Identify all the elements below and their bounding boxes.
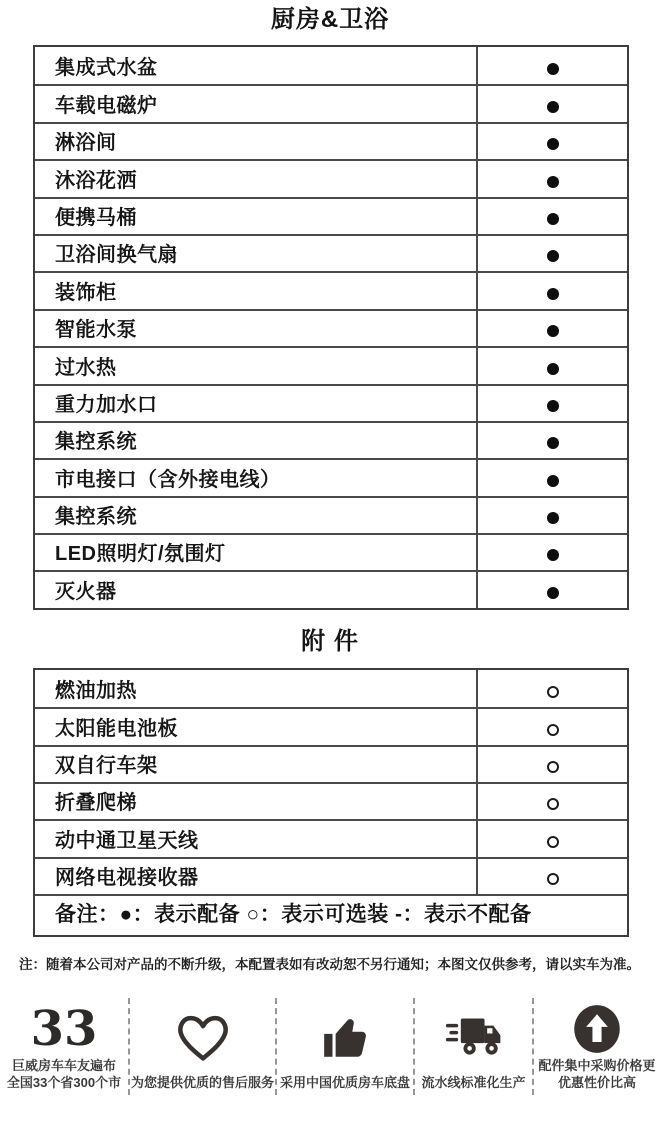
footer-item-label: 为您提供优质的售后服务 [131, 1075, 274, 1092]
equipped-dot [547, 325, 559, 337]
feature-label: 网络电视接收器 [35, 859, 476, 894]
feature-label: 集控系统 [35, 423, 476, 458]
feature-mark [476, 460, 627, 495]
feature-label: 智能水泵 [35, 311, 476, 346]
table-row: 淋浴间 [35, 122, 627, 159]
equipped-dot [547, 213, 559, 225]
table-row: 沐浴花洒 [35, 159, 627, 196]
heart-icon [176, 1000, 230, 1075]
feature-label: 市电接口（含外接电线） [35, 460, 476, 495]
arrow-up-circle-icon [571, 1000, 623, 1058]
feature-label: 集控系统 [35, 498, 476, 533]
feature-mark [476, 423, 627, 458]
table-row: 网络电视接收器 [35, 857, 627, 894]
feature-label: 装饰柜 [35, 273, 476, 308]
table-row: 动中通卫星天线 [35, 819, 627, 856]
feature-mark [476, 161, 627, 196]
feature-label: 过水热 [35, 348, 476, 383]
feature-mark [476, 572, 627, 607]
feature-mark [476, 124, 627, 159]
table-row: 集控系统 [35, 421, 627, 458]
table-row: 重力加水口 [35, 384, 627, 421]
feature-mark [476, 784, 627, 819]
accessories-rows: 燃油加热 太阳能电池板 双自行车架 折叠爬梯 动中通卫星天线 网络电视接收器 [35, 670, 627, 894]
legend-row: 备注：●：表示配备 ○：表示可选装 -：表示不配备 [35, 894, 627, 935]
table-row: 过水热 [35, 346, 627, 383]
accessories-title: 附 件 [0, 627, 660, 657]
feature-mark [476, 199, 627, 234]
kitchen-bath-table: 集成式水盆 车载电磁炉 淋浴间 沐浴花洒 便携马桶 卫浴间换气扇 装饰柜 智能水… [33, 45, 629, 610]
feature-mark [476, 670, 627, 707]
table-row: 集控系统 [35, 496, 627, 533]
equipped-dot [547, 400, 559, 412]
feature-label: 卫浴间换气扇 [35, 236, 476, 271]
feature-label: 双自行车架 [35, 747, 476, 782]
feature-mark [476, 821, 627, 856]
feature-mark [476, 236, 627, 271]
accessories-table: 燃油加热 太阳能电池板 双自行车架 折叠爬梯 动中通卫星天线 网络电视接收器 备… [33, 668, 629, 937]
feature-label: 灭火器 [35, 572, 476, 607]
footer-item-label: 全国33个省300个市 [7, 1075, 121, 1092]
optional-dot [547, 686, 559, 698]
equipped-dot [547, 250, 559, 262]
optional-dot [547, 873, 559, 885]
equipped-dot [547, 475, 559, 487]
footer-item-service: 为您提供优质的售后服务 [130, 998, 277, 1095]
optional-dot [547, 798, 559, 810]
feature-mark [476, 311, 627, 346]
footer-item-chassis: 采用中国优质房车底盘 [277, 998, 415, 1095]
feature-label: 淋浴间 [35, 124, 476, 159]
footer-item-label: 巨威房车车友遍布 [7, 1058, 121, 1075]
optional-dot [547, 724, 559, 736]
feature-mark [476, 859, 627, 894]
table-row: 智能水泵 [35, 309, 627, 346]
feature-label: 燃油加热 [35, 670, 476, 707]
feature-label: 重力加水口 [35, 386, 476, 421]
table-row: 太阳能电池板 [35, 707, 627, 744]
kitchen-bath-title: 厨房&卫浴 [0, 5, 660, 35]
feature-label: 集成式水盆 [35, 47, 476, 84]
equipped-dot [547, 549, 559, 561]
feature-label: 车载电磁炉 [35, 86, 476, 121]
footer-item-production: 流水线标准化生产 [415, 998, 534, 1095]
footer-item-label: 优惠性价比高 [538, 1075, 655, 1092]
table-row: 灭火器 [35, 570, 627, 607]
feature-label: 动中通卫星天线 [35, 821, 476, 856]
equipped-dot [547, 363, 559, 375]
table-row: 卫浴间换气扇 [35, 234, 627, 271]
feature-label: 太阳能电池板 [35, 709, 476, 744]
optional-dot [547, 761, 559, 773]
footer-item-label: 采用中国优质房车底盘 [280, 1075, 410, 1092]
feature-label: 沐浴花洒 [35, 161, 476, 196]
equipped-dot [547, 138, 559, 150]
optional-dot [547, 836, 559, 848]
footer: 33 巨威房车车友遍布 全国33个省300个市 为您提供优质的售后服务 采用中国… [0, 998, 660, 1095]
feature-label: 便携马桶 [35, 199, 476, 234]
feature-mark [476, 498, 627, 533]
feature-mark [476, 86, 627, 121]
table-row: 集成式水盆 [35, 47, 627, 84]
equipped-dot [547, 63, 559, 75]
footer-item-parts: 配件集中采购价格更 优惠性价比高 [534, 998, 660, 1095]
feature-mark [476, 535, 627, 570]
feature-label: LED照明灯/氛围灯 [35, 535, 476, 570]
feature-mark [476, 709, 627, 744]
table-row: LED照明灯/氛围灯 [35, 533, 627, 570]
feature-label: 折叠爬梯 [35, 784, 476, 819]
table-row: 双自行车架 [35, 745, 627, 782]
equipped-dot [547, 176, 559, 188]
feature-mark [476, 747, 627, 782]
table-row: 折叠爬梯 [35, 782, 627, 819]
footer-item-label: 配件集中采购价格更 [538, 1058, 655, 1075]
equipped-dot [547, 437, 559, 449]
table-row: 燃油加热 [35, 670, 627, 707]
feature-mark [476, 273, 627, 308]
equipped-dot [547, 512, 559, 524]
table-row: 装饰柜 [35, 271, 627, 308]
feature-mark [476, 386, 627, 421]
stat-number: 33 [31, 1006, 98, 1052]
table-row: 车载电磁炉 [35, 84, 627, 121]
thumbs-up-icon [320, 1000, 370, 1075]
table-row: 便携马桶 [35, 197, 627, 234]
equipped-dot [547, 288, 559, 300]
table-row: 市电接口（含外接电线） [35, 458, 627, 495]
footer-item-network: 33 巨威房车车友遍布 全国33个省300个市 [0, 998, 130, 1095]
footer-item-label: 流水线标准化生产 [421, 1075, 525, 1092]
feature-mark [476, 47, 627, 84]
disclaimer: 注：随着本公司对产品的不断升级，本配置表如有改动恕不另行通知；本图文仅供参考，请… [19, 953, 650, 973]
truck-icon [445, 1000, 503, 1075]
equipped-dot [547, 101, 559, 113]
feature-mark [476, 348, 627, 383]
equipped-dot [547, 587, 559, 599]
